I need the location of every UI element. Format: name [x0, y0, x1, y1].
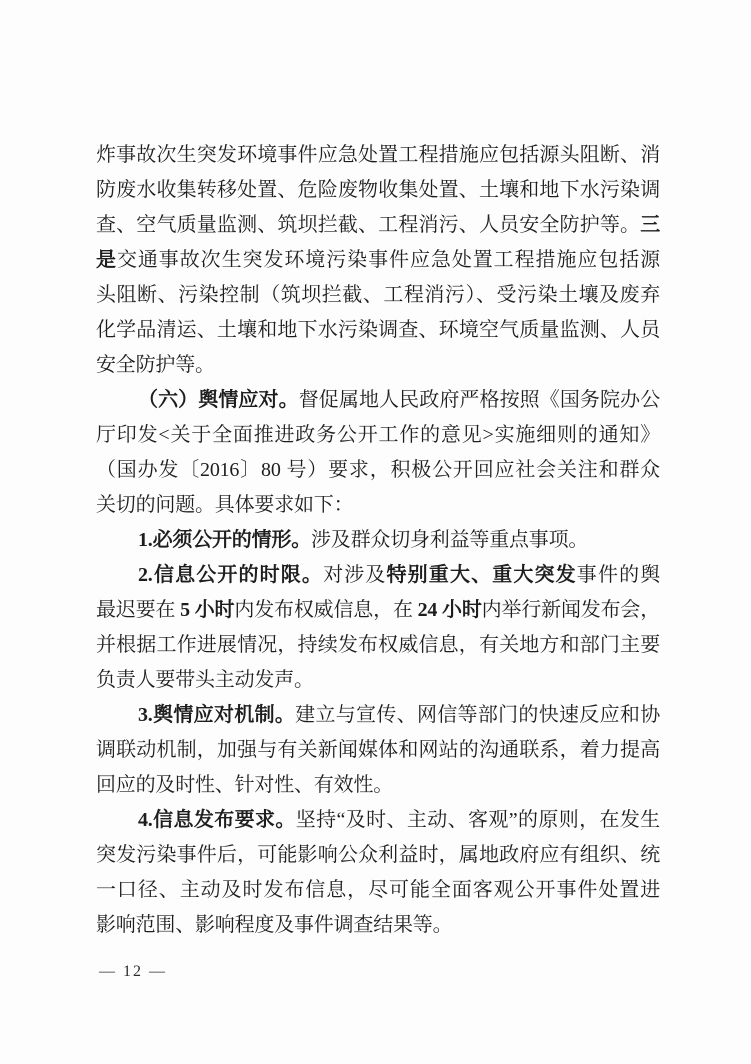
bold-text-run: 3.舆情应对机制。	[138, 704, 295, 726]
text-run: 建立与宣传、网信等部门的快速反应和协	[295, 704, 660, 726]
text-run: 调联动机制，加强与有关新闻媒体和网站的沟通联系，着力提高	[96, 739, 660, 761]
text-line: 2.信息公开的时限。对涉及特别重大、重大突发事件的舆情，	[96, 558, 660, 593]
text-line: 查、空气质量监测、筑坝拦截、工程消污、人员安全防护等。三	[96, 208, 660, 243]
text-line: 1.必须公开的情形。涉及群众切身利益等重点事项。	[96, 523, 660, 558]
page-number: — 12 —	[99, 963, 167, 981]
text-line: 关切的问题。具体要求如下：	[96, 488, 660, 523]
text-line: （六）舆情应对。督促属地人民政府严格按照《国务院办公	[96, 383, 660, 418]
text-line: 影响范围、影响程度及事件调查结果等。	[96, 908, 660, 943]
text-line: （国办发〔2016〕80 号）要求，积极公开回应社会关注和群众	[96, 453, 660, 488]
text-line: 一口径、主动及时发布信息，尽可能全面客观公开事件处置进展、	[96, 873, 660, 908]
text-run: 并根据工作进展情况，持续发布权威信息，有关地方和部门主要	[96, 634, 660, 656]
text-lines: 炸事故次生突发环境事件应急处置工程措施应包括源头阻断、消防废水收集转移处置、危险…	[96, 138, 660, 943]
bold-text-run: 特别重大、重大突发	[387, 564, 577, 586]
text-run: 化学品清运、土壤和地下水污染调查、环境空气质量监测、人员	[96, 319, 660, 341]
text-line: 4.信息发布要求。坚持“及时、主动、客观”的原则，在发生	[96, 803, 660, 838]
text-line: 化学品清运、土壤和地下水污染调查、环境空气质量监测、人员	[96, 313, 660, 348]
text-run: 坚持“及时、主动、客观”的原则，在发生	[296, 809, 660, 831]
text-run: 负责人要带头主动发声。	[96, 669, 314, 691]
text-run: 厅印发<关于全面推进政务公开工作的意见>实施细则的通知》	[96, 424, 660, 446]
text-run: 对涉及	[323, 564, 386, 586]
bold-text-run: 三	[640, 214, 660, 236]
text-run: 关切的问题。具体要求如下：	[96, 494, 353, 516]
text-run: 影响范围、影响程度及事件调查结果等。	[96, 914, 452, 936]
text-line: 3.舆情应对机制。建立与宣传、网信等部门的快速反应和协	[96, 698, 660, 733]
text-line: 防废水收集转移处置、危险废物收集处置、土壤和地下水污染调	[96, 173, 660, 208]
bold-text-run: 4.信息发布要求。	[138, 809, 296, 831]
text-run: 回应的及时性、针对性、有效性。	[96, 774, 393, 796]
text-line: 调联动机制，加强与有关新闻媒体和网站的沟通联系，着力提高	[96, 733, 660, 768]
text-run: 头阻断、污染控制（筑坝拦截、工程消污）、受污染土壤及废弃	[96, 284, 660, 306]
bold-text-run: 24 小时	[418, 599, 482, 621]
text-run: （国办发〔2016〕80 号）要求，积极公开回应社会关注和群众	[96, 459, 660, 481]
text-run: 突发污染事件后，可能影响公众利益时，属地政府应有组织、统	[96, 844, 660, 866]
text-line: 负责人要带头主动发声。	[96, 663, 660, 698]
text-run: 炸事故次生突发环境事件应急处置工程措施应包括源头阻断、消	[96, 144, 660, 166]
text-line: 是交通事故次生突发环境污染事件应急处置工程措施应包括源	[96, 243, 660, 278]
text-run: 交通事故次生突发环境污染事件应急处置工程措施应包括源	[117, 249, 660, 271]
text-line: 炸事故次生突发环境事件应急处置工程措施应包括源头阻断、消	[96, 138, 660, 173]
text-line: 并根据工作进展情况，持续发布权威信息，有关地方和部门主要	[96, 628, 660, 663]
bold-text-run: （六）舆情应对。	[138, 389, 299, 411]
text-run: 内发布权威信息，在	[234, 599, 417, 621]
bold-text-run: 2.信息公开的时限。	[138, 564, 323, 586]
text-run: 查、空气质量监测、筑坝拦截、工程消污、人员安全防护等。	[96, 214, 640, 236]
text-run: 最迟要在	[96, 599, 180, 621]
text-run: 安全防护等。	[96, 354, 215, 376]
bold-text-run: 5 小时	[180, 599, 234, 621]
bold-text-run: 1.必须公开的情形。	[138, 529, 311, 551]
text-run: 督促属地人民政府严格按照《国务院办公	[299, 389, 660, 411]
bold-text-run: 是	[96, 249, 117, 271]
document-page: 炸事故次生突发环境事件应急处置工程措施应包括源头阻断、消防废水收集转移处置、危险…	[0, 0, 751, 1064]
text-run: 防废水收集转移处置、危险废物收集处置、土壤和地下水污染调	[96, 179, 660, 201]
text-line: 最迟要在 5 小时内发布权威信息，在 24 小时内举行新闻发布会，	[96, 593, 660, 628]
text-line: 厅印发<关于全面推进政务公开工作的意见>实施细则的通知》	[96, 418, 660, 453]
text-line: 回应的及时性、针对性、有效性。	[96, 768, 660, 803]
text-line: 突发污染事件后，可能影响公众利益时，属地政府应有组织、统	[96, 838, 660, 873]
text-run: 涉及群众切身利益等重点事项。	[311, 529, 588, 551]
text-run: 内举行新闻发布会，	[482, 599, 660, 621]
text-line: 安全防护等。	[96, 348, 660, 383]
text-line: 头阻断、污染控制（筑坝拦截、工程消污）、受污染土壤及废弃	[96, 278, 660, 313]
text-run: 一口径、主动及时发布信息，尽可能全面客观公开事件处置进展、	[96, 879, 660, 908]
